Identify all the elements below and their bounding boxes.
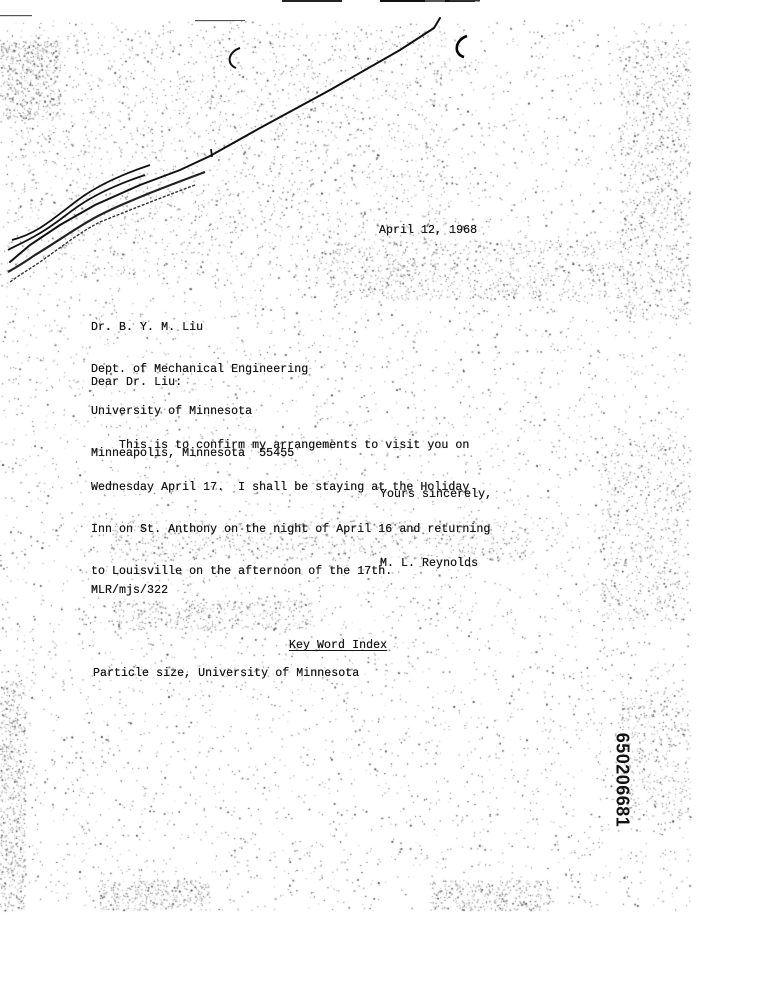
crescent-mark (230, 48, 240, 68)
scan-edge-bar (450, 0, 480, 2)
scan-edge-bar (282, 0, 342, 2)
document-id-stamp: 650206681 (612, 733, 633, 828)
scan-edge-bar (0, 15, 32, 16)
recipient-name: Dr. B. Y. M. Liu (91, 321, 308, 335)
scan-edge-bar (195, 20, 235, 21)
key-word-index-heading: Key Word Index (289, 639, 387, 653)
wavy-pen-stroke (10, 185, 195, 282)
scan-edge-bar (195, 20, 245, 21)
scan-edge-bar (425, 0, 445, 2)
complimentary-closing: Yours sincerely, (380, 488, 492, 502)
pen-tick-mark (211, 149, 212, 157)
body-line: Inn on St. Anthony on the night of April… (91, 523, 490, 537)
wavy-pen-stroke (12, 165, 150, 240)
diagonal-pen-stroke (10, 18, 440, 262)
salutation: Dear Dr. Liu: (91, 376, 182, 390)
signature-name: M. L. Reynolds (380, 557, 478, 571)
wavy-pen-stroke (8, 172, 205, 272)
body-line: This is to confirm my arrangements to vi… (91, 439, 490, 453)
key-word-index-terms: Particle size, University of Minnesota (93, 667, 359, 681)
wavy-pen-stroke (8, 175, 145, 250)
letter-date: April 12, 1968 (379, 224, 477, 238)
reference-initials: MLR/mjs/322 (91, 584, 168, 598)
crescent-mark (457, 36, 467, 57)
scan-edge-bar (380, 0, 475, 2)
recipient-department: Dept. of Mechanical Engineering (91, 363, 308, 377)
